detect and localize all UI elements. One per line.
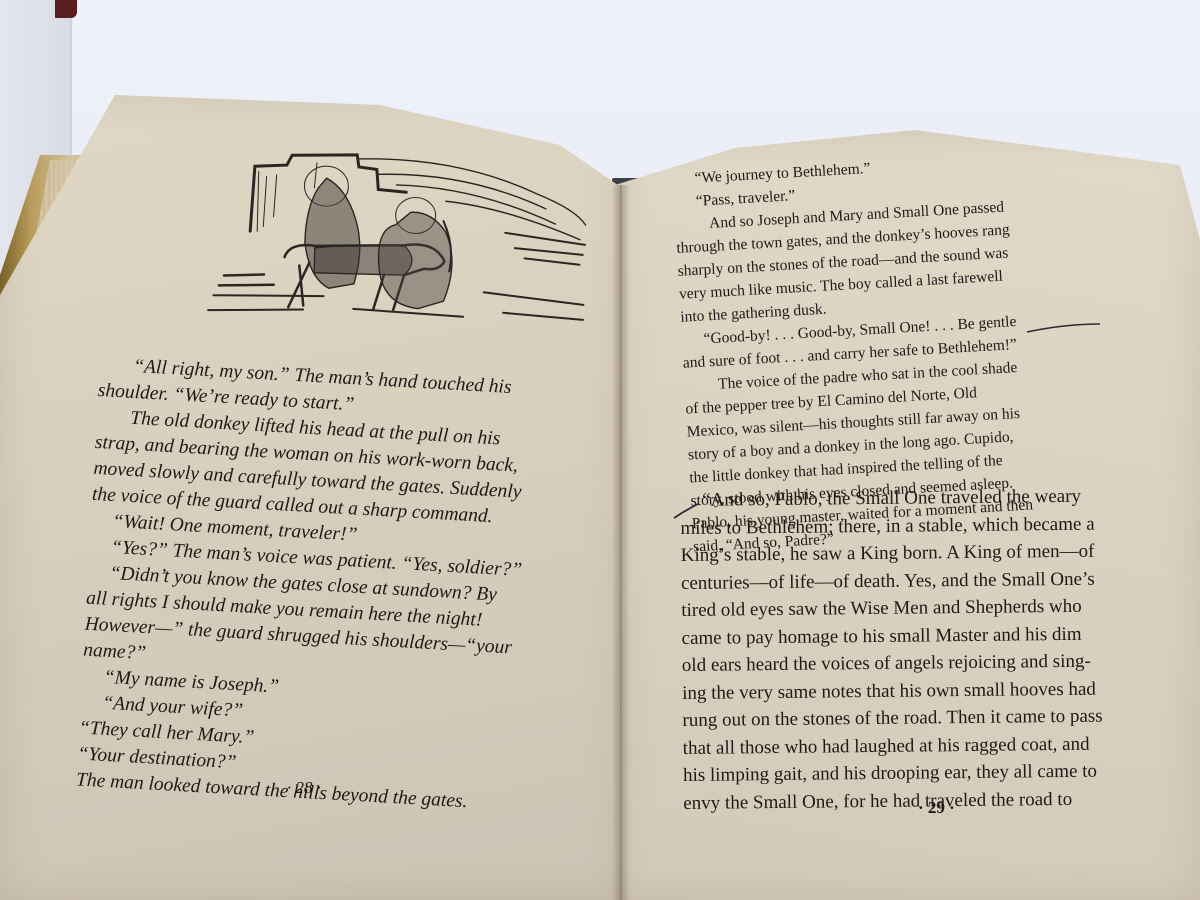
page-number-right: · 29 · — [918, 798, 955, 818]
page-number-left: · 28 · — [287, 778, 321, 798]
ink-drawing-icon — [203, 145, 593, 335]
book-gutter — [612, 185, 630, 900]
illustration-flight-to-bethlehem — [203, 145, 593, 335]
right-page-text-lower: “And so, Pablo, the Small One traveled t… — [680, 482, 1183, 817]
background-object — [55, 0, 77, 18]
left-page-text: “All right, my son.” The man’s hand touc… — [75, 352, 589, 821]
